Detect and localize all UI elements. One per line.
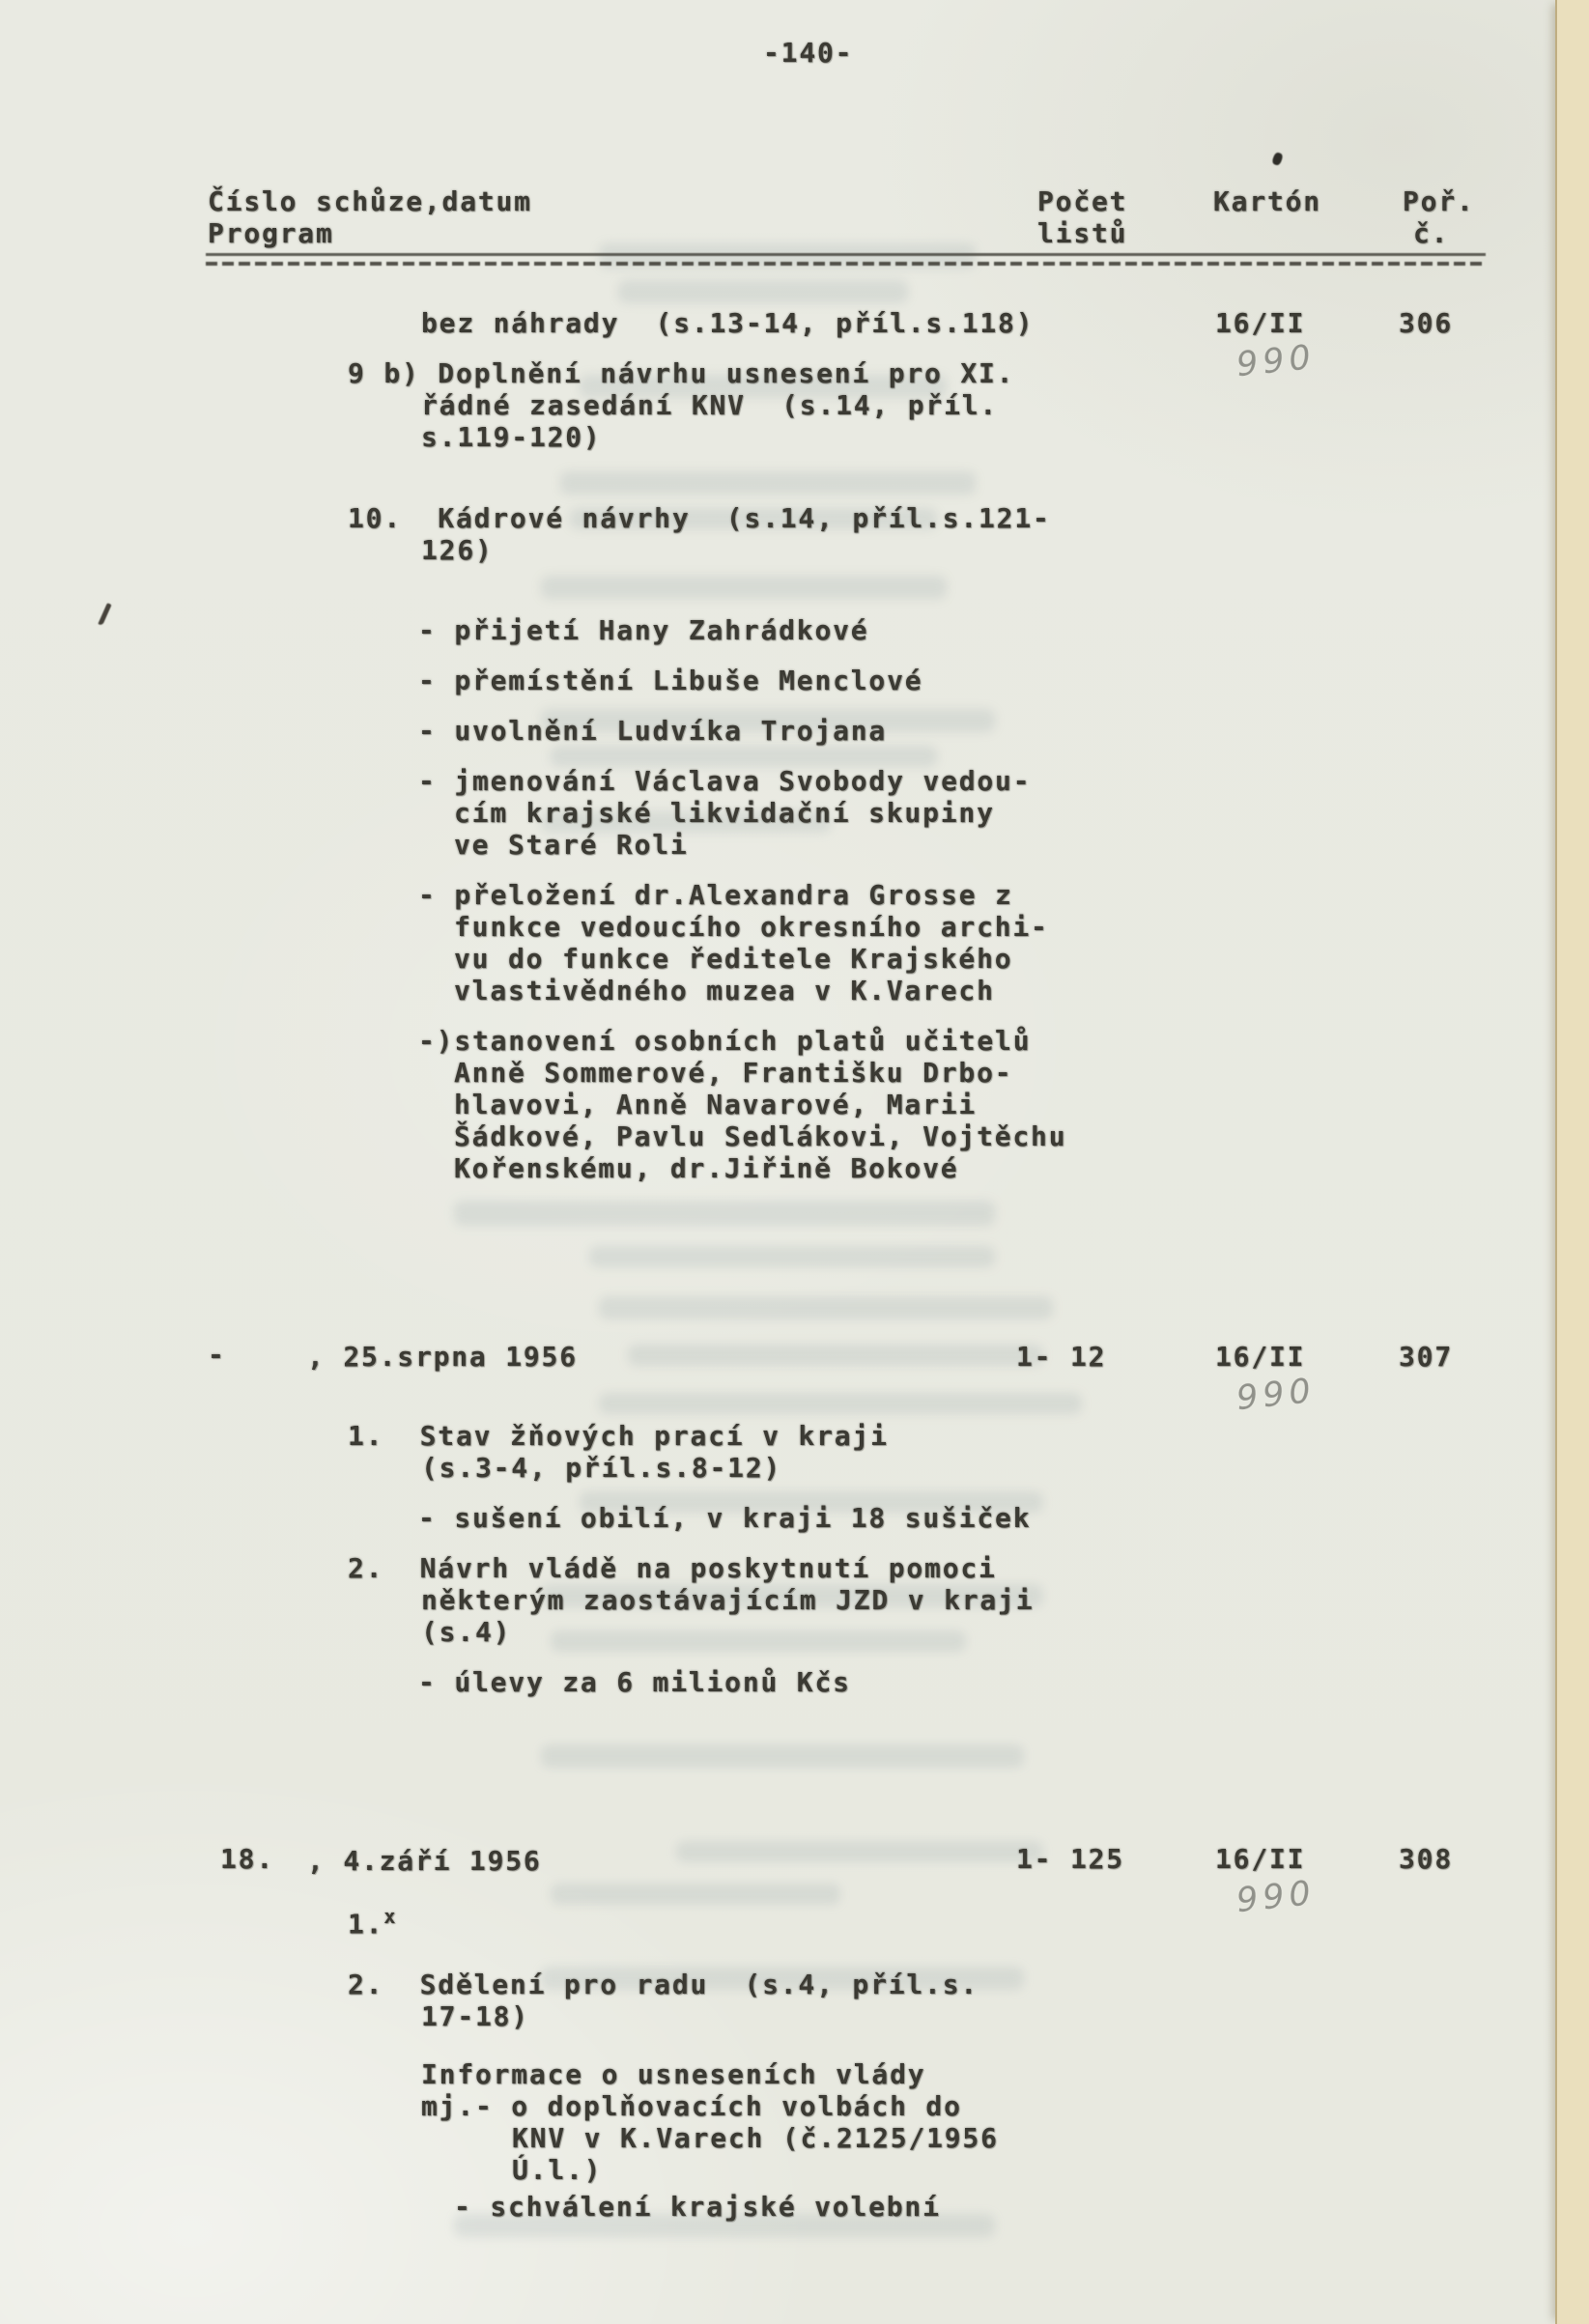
typed-line: Anně Sommerové, Františku Drbo- — [454, 1057, 1012, 1089]
typed-line: - přijetí Hany Zahrádkové — [418, 614, 868, 646]
typed-line: - úlevy za 6 milionů Kčs — [418, 1666, 851, 1698]
typed-line: bez náhrady (s.13-14, příl.s.118) — [421, 307, 1034, 339]
bleed-through-line — [599, 1393, 1082, 1414]
typed-line: - — [208, 1339, 226, 1371]
typed-line: 1. Stav žňových prací v kraji — [348, 1420, 889, 1452]
bleed-through-line — [560, 471, 976, 495]
sheets-value: 1- 125 — [1016, 1843, 1124, 1875]
pencil-annotation: 990 — [1234, 338, 1318, 384]
header-serial-line1: Poř. — [1403, 185, 1475, 217]
carton-value: 16/II — [1215, 1843, 1305, 1875]
typed-line: 2. Sdělení pro radu (s.4, příl.s. — [348, 1969, 979, 2000]
typed-line: s.119-120) — [421, 421, 602, 453]
header-serial-line2: č. — [1413, 217, 1449, 249]
typed-line: řádné zasedání KNV (s.14, příl. — [421, 389, 998, 421]
typed-line: - schválení krajské volební — [454, 2191, 941, 2223]
typed-line: -)stanovení osobních platů učitelů — [418, 1025, 1031, 1057]
margin-ink-mark — [98, 603, 111, 626]
page-edge — [1555, 0, 1589, 2324]
bleed-through-line — [551, 1630, 966, 1652]
typed-line: mj.- o doplňovacích volbách do — [421, 2090, 962, 2122]
header-carton: Kartón — [1213, 185, 1321, 217]
bleed-through-line — [628, 1345, 1043, 1366]
pencil-annotation: 990 — [1234, 1874, 1318, 1920]
typed-line: 18. — [220, 1843, 274, 1875]
typed-line: Kořenskému, dr.Jiřině Bokové — [454, 1152, 958, 1184]
typed-line: 9 b) Doplnění návrhu usnesení pro XI. — [348, 357, 1014, 389]
typed-line: , 4.září 1956 — [307, 1845, 542, 1877]
bleed-through-line — [599, 1296, 1053, 1319]
sheets-value: 1- 12 — [1016, 1341, 1106, 1373]
typed-line: , 25.srpna 1956 — [307, 1341, 578, 1373]
typed-line: ve Staré Roli — [454, 829, 689, 861]
typed-line: vlastivědného muzea v K.Varech — [454, 975, 995, 1006]
bleed-through-line — [454, 1201, 995, 1226]
typed-line: funkce vedoucího okresního archi- — [454, 911, 1049, 943]
header-session-line2: Program — [208, 217, 334, 249]
bleed-through-line — [541, 576, 947, 599]
scanned-archive-page: -140- Číslo schůze,datum Program Počet l… — [0, 0, 1589, 2324]
typed-line: - jmenování Václava Svobody vedou- — [418, 765, 1031, 797]
typed-line: Šádkové, Pavlu Sedlákovi, Vojtěchu — [454, 1120, 1066, 1152]
typed-line: 126) — [421, 534, 494, 566]
typed-line: - přeložení dr.Alexandra Grosse z — [418, 879, 1013, 911]
typed-line: 17-18) — [421, 2000, 529, 2032]
ink-speck — [1271, 152, 1284, 166]
typed-line: 1.x — [348, 1901, 395, 1940]
typed-line: Ú.l.) — [512, 2154, 602, 2186]
serial-value: 307 — [1399, 1341, 1453, 1373]
bleed-through-line — [541, 1744, 1024, 1768]
typed-line: (s.3-4, příl.s.8-12) — [421, 1452, 781, 1484]
typed-line: vu do funkce ředitele Krajského — [454, 943, 1012, 975]
header-sheets-line1: Počet — [1037, 185, 1127, 217]
typed-line: 2. Návrh vládě na poskytnutí pomoci — [348, 1552, 997, 1584]
serial-value: 308 — [1399, 1843, 1453, 1875]
carton-value: 16/II — [1215, 307, 1305, 339]
typed-line: - uvolnění Ludvíka Trojana — [418, 715, 887, 747]
typed-line: hlavovi, Anně Navarové, Marii — [454, 1089, 977, 1120]
typed-line: (s.4) — [421, 1616, 511, 1648]
typed-line: některým zaostávajícím JZD v kraji — [421, 1584, 1034, 1616]
typed-line: KNV v K.Varech (č.2125/1956 — [512, 2122, 999, 2154]
typed-line: - přemístění Libuše Menclové — [418, 665, 922, 696]
dashed-separator — [206, 253, 1486, 266]
superscript-note-mark: x — [383, 1905, 395, 1928]
serial-value: 306 — [1399, 307, 1453, 339]
bleed-through-line — [618, 280, 908, 303]
typed-line: - sušení obilí, v kraji 18 sušiček — [418, 1502, 1031, 1534]
bleed-through-line — [551, 1884, 840, 1905]
bleed-through-line — [676, 1841, 1043, 1862]
header-session-line1: Číslo schůze,datum — [208, 185, 532, 217]
page-number: -140- — [763, 37, 853, 69]
bleed-through-line — [589, 1246, 995, 1267]
header-sheets-line2: listů — [1037, 217, 1127, 249]
pencil-annotation: 990 — [1234, 1372, 1318, 1418]
carton-value: 16/II — [1215, 1341, 1305, 1373]
typed-line: Informace o usneseních vlády — [421, 2058, 925, 2090]
typed-line: cím krajské likvidační skupiny — [454, 797, 995, 829]
typed-line: 10. Kádrové návrhy (s.14, příl.s.121- — [348, 502, 1051, 534]
bleed-through-line — [551, 746, 937, 767]
